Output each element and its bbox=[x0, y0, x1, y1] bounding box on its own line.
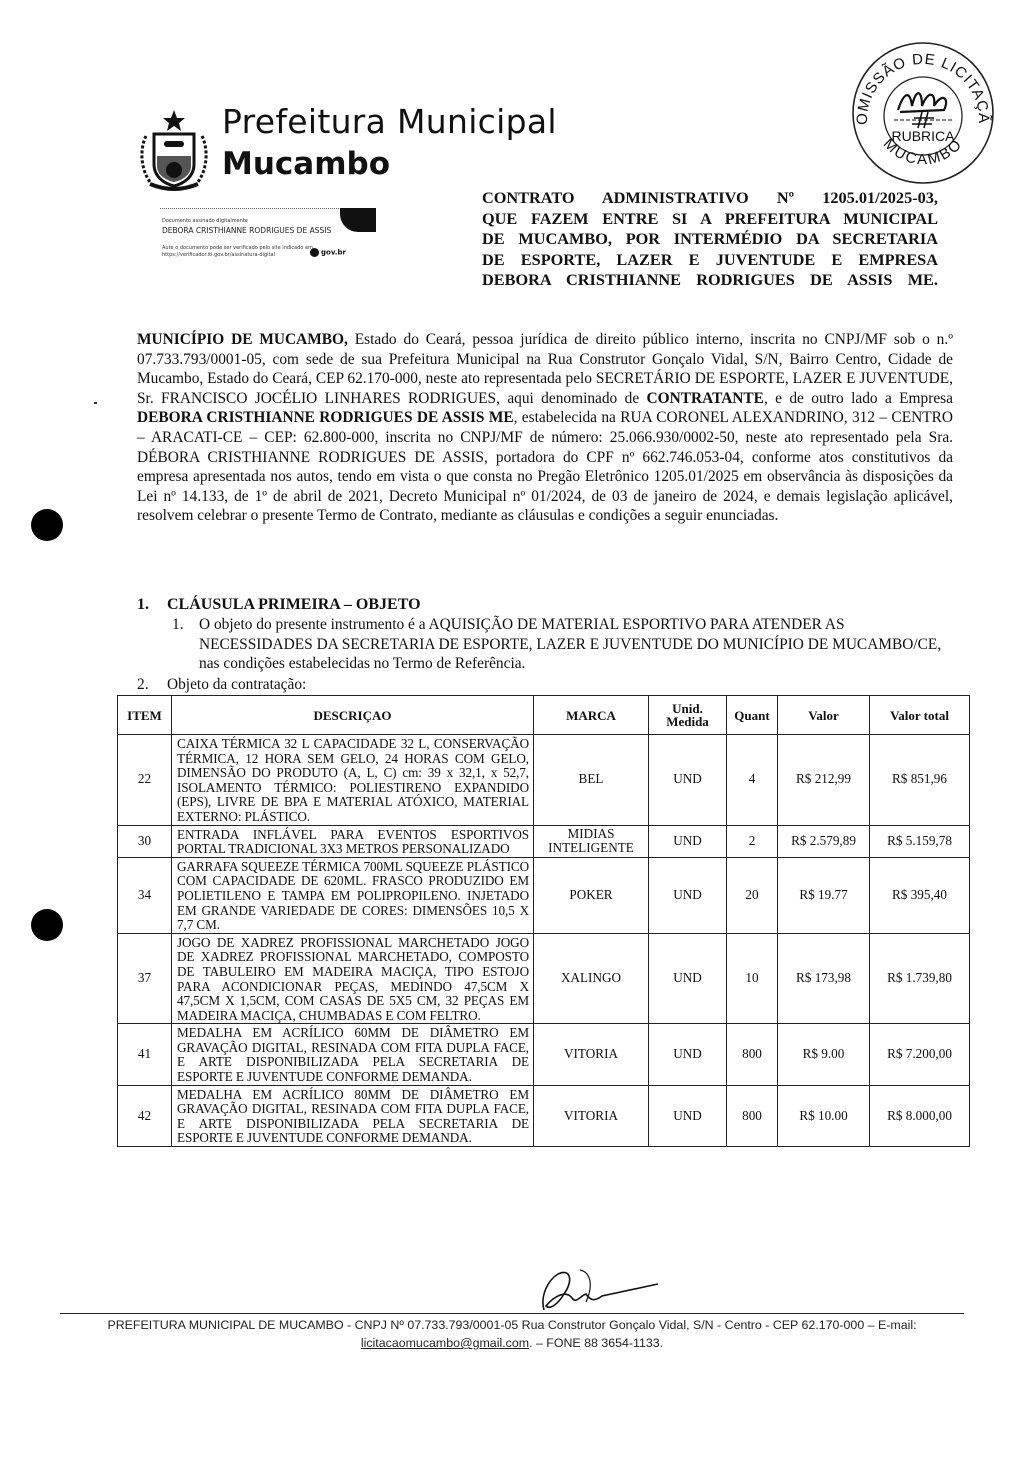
clause-item-text: Objeto da contratação: bbox=[167, 676, 306, 693]
punch-hole bbox=[31, 509, 63, 541]
cell-item: 22 bbox=[118, 735, 172, 826]
contract-title-line: CONTRATO ADMINISTRATIVO Nº 1205.01/2025-… bbox=[482, 188, 938, 209]
contract-title-line: DE ESPORTE, LAZER E JUVENTUDE E EMPRESA bbox=[482, 250, 938, 271]
cell-marca: VITORIA bbox=[534, 1024, 649, 1085]
header-marca: MARCA bbox=[534, 696, 649, 735]
verify-link[interactable]: https://verificador.iti.gov.br/assinatur… bbox=[162, 252, 313, 259]
cell-valor: R$ 212,99 bbox=[778, 735, 870, 826]
signature-signer-name: DEBORA CRISTHIANNE RODRIGUES DE ASSIS bbox=[162, 226, 331, 235]
dotted-divider bbox=[160, 208, 365, 209]
items-table: ITEM DESCRIÇAO MARCA Unid.Medida Quant V… bbox=[117, 695, 970, 1147]
cell-marca: BEL bbox=[534, 735, 649, 826]
preamble-contratante: CONTRATANTE bbox=[647, 390, 764, 407]
verify-line-1: Aute o documento pode ser verificado pel… bbox=[162, 245, 313, 252]
header-medida-line: Medida bbox=[653, 715, 722, 728]
rubrica-seal-stamp: COMISSÃO DE LICITAÇÃO MUCAMBO RUBRICA bbox=[850, 40, 996, 186]
contract-title-line: QUE FAZEM ENTRE SI A PREFEITURA MUNICIPA… bbox=[482, 209, 938, 230]
contract-title-line: DE MUCAMBO, POR INTERMÉDIO DA SECRETARIA bbox=[482, 229, 938, 250]
table-header-row: ITEM DESCRIÇAO MARCA Unid.Medida Quant V… bbox=[118, 696, 970, 735]
cell-quant: 800 bbox=[727, 1085, 778, 1146]
cell-quant: 2 bbox=[727, 825, 778, 857]
header-descricao: DESCRIÇAO bbox=[172, 696, 534, 735]
cell-quant: 800 bbox=[727, 1024, 778, 1085]
clause-heading-text: CLÁUSULA PRIMEIRA – OBJETO bbox=[167, 596, 421, 613]
table-row: 42 MEDALHA EM ACRÍLICO 80MM DE DIÂMETRO … bbox=[118, 1085, 970, 1146]
cell-marca: MIDIAS INTELIGENTE bbox=[534, 825, 649, 857]
seal-top-text: COMISSÃO DE LICITAÇÃO bbox=[850, 40, 992, 125]
cell-quant: 20 bbox=[727, 857, 778, 933]
govbr-check-icon bbox=[310, 248, 319, 257]
table-row: 37 JOGO DE XADREZ PROFISSIONAL MARCHETAD… bbox=[118, 933, 970, 1024]
preamble-text: , e de outro lado a Empresa bbox=[764, 390, 953, 407]
cell-marca: VITORIA bbox=[534, 1085, 649, 1146]
footer-contact: licitacaomucambo@gmail.com. – FONE 88 36… bbox=[60, 1336, 964, 1350]
header-item: ITEM bbox=[118, 696, 172, 735]
cell-valor: R$ 173,98 bbox=[778, 933, 870, 1024]
logo-title-mucambo: Mucambo bbox=[222, 146, 390, 182]
cell-descricao: ENTRADA INFLÁVEL PARA EVENTOS ESPORTIVOS… bbox=[172, 825, 534, 857]
cell-valor-total: R$ 1.739,80 bbox=[870, 933, 970, 1024]
seal-center-text: RUBRICA bbox=[891, 128, 955, 144]
contract-title: CONTRATO ADMINISTRATIVO Nº 1205.01/2025-… bbox=[482, 188, 938, 291]
clause-item-1: 1. O objeto do presente instrumento é a … bbox=[172, 615, 962, 674]
header-unid-medida: Unid.Medida bbox=[649, 696, 727, 735]
cell-unid: UND bbox=[649, 933, 727, 1024]
cell-valor: R$ 10.00 bbox=[778, 1085, 870, 1146]
cell-unid: UND bbox=[649, 825, 727, 857]
cell-item: 41 bbox=[118, 1024, 172, 1085]
cell-marca: XALINGO bbox=[534, 933, 649, 1024]
cell-descricao: MEDALHA EM ACRÍLICO 80MM DE DIÂMETRO EM … bbox=[172, 1085, 534, 1146]
cell-item: 30 bbox=[118, 825, 172, 857]
footer-divider bbox=[60, 1313, 964, 1314]
cell-unid: UND bbox=[649, 735, 727, 826]
contract-preamble: MUNICÍPIO DE MUCAMBO, Estado do Ceará, p… bbox=[137, 330, 953, 526]
table-row: 41 MEDALHA EM ACRÍLICO 60MM DE DIÂMETRO … bbox=[118, 1024, 970, 1085]
cell-valor-total: R$ 5.159,78 bbox=[870, 825, 970, 857]
cell-valor: R$ 2.579,89 bbox=[778, 825, 870, 857]
header-quant: Quant bbox=[727, 696, 778, 735]
cell-quant: 10 bbox=[727, 933, 778, 1024]
clause-item-number: 1. bbox=[172, 615, 184, 635]
municipal-crest-logo bbox=[138, 108, 210, 192]
cell-descricao: GARRAFA SQUEEZE TÉRMICA 700ML SQUEEZE PL… bbox=[172, 857, 534, 933]
logo-title-prefeitura: Prefeitura Municipal bbox=[222, 102, 557, 141]
cell-valor-total: R$ 8.000,00 bbox=[870, 1085, 970, 1146]
govbr-brand: gov.br bbox=[310, 248, 346, 257]
cell-quant: 4 bbox=[727, 735, 778, 826]
cell-valor-total: R$ 395,40 bbox=[870, 857, 970, 933]
cell-unid: UND bbox=[649, 1085, 727, 1146]
clause-item-text: O objeto do presente instrumento é a AQU… bbox=[199, 615, 962, 674]
cell-descricao: MEDALHA EM ACRÍLICO 60MM DE DIÂMETRO EM … bbox=[172, 1024, 534, 1085]
clause-item-number: 2. bbox=[137, 676, 167, 694]
punch-hole bbox=[31, 909, 63, 941]
signature-verify-text: Aute o documento pode ser verificado pel… bbox=[162, 245, 313, 259]
svg-text:COMISSÃO DE LICITAÇÃO: COMISSÃO DE LICITAÇÃO bbox=[850, 40, 992, 125]
preamble-empresa: DEBORA CRISTHIANNE RODRIGUES DE ASSIS ME bbox=[137, 409, 514, 426]
table-row: 34 GARRAFA SQUEEZE TÉRMICA 700ML SQUEEZE… bbox=[118, 857, 970, 933]
header-valor-total: Valor total bbox=[870, 696, 970, 735]
scan-speck bbox=[94, 402, 97, 404]
contract-title-line: DEBORA CRISTHIANNE RODRIGUES DE ASSIS ME… bbox=[482, 270, 938, 291]
cell-item: 42 bbox=[118, 1085, 172, 1146]
cell-valor: R$ 9.00 bbox=[778, 1024, 870, 1085]
footer-phone: . – FONE 88 3654-1133. bbox=[529, 1336, 663, 1350]
cell-descricao: CAIXA TÉRMICA 32 L CAPACIDADE 32 L, CONS… bbox=[172, 735, 534, 826]
clause-item-2: 2.Objeto da contratação: bbox=[137, 676, 306, 694]
footer-email-link[interactable]: licitacaomucambo@gmail.com bbox=[361, 1336, 529, 1350]
cell-item: 37 bbox=[118, 933, 172, 1024]
clause-number: 1. bbox=[137, 596, 167, 614]
digital-signature-block: Documento assinado digitalmente DEBORA C… bbox=[160, 208, 378, 264]
handwritten-signature bbox=[530, 1266, 670, 1318]
cell-valor-total: R$ 851,96 bbox=[870, 735, 970, 826]
table-row: 30 ENTRADA INFLÁVEL PARA EVENTOS ESPORTI… bbox=[118, 825, 970, 857]
govbr-brand-text: gov.br bbox=[321, 249, 346, 257]
cell-descricao: JOGO DE XADREZ PROFISSIONAL MARCHETADO J… bbox=[172, 933, 534, 1024]
cell-marca: POKER bbox=[534, 857, 649, 933]
cell-valor: R$ 19.77 bbox=[778, 857, 870, 933]
signature-label: Documento assinado digitalmente bbox=[162, 218, 248, 224]
table-row: 22 CAIXA TÉRMICA 32 L CAPACIDADE 32 L, C… bbox=[118, 735, 970, 826]
signature-corner-graphic bbox=[340, 208, 376, 232]
clause-heading: 1.CLÁUSULA PRIMEIRA – OBJETO bbox=[137, 596, 421, 614]
cell-unid: UND bbox=[649, 1024, 727, 1085]
preamble-municipio: MUNICÍPIO DE MUCAMBO, bbox=[137, 331, 348, 348]
header-valor: Valor bbox=[778, 696, 870, 735]
cell-item: 34 bbox=[118, 857, 172, 933]
footer-address: PREFEITURA MUNICIPAL DE MUCAMBO - CNPJ N… bbox=[60, 1318, 964, 1332]
cell-valor-total: R$ 7.200,00 bbox=[870, 1024, 970, 1085]
preamble-text: , estabelecida na RUA CORONEL ALEXANDRIN… bbox=[137, 409, 953, 524]
cell-unid: UND bbox=[649, 857, 727, 933]
